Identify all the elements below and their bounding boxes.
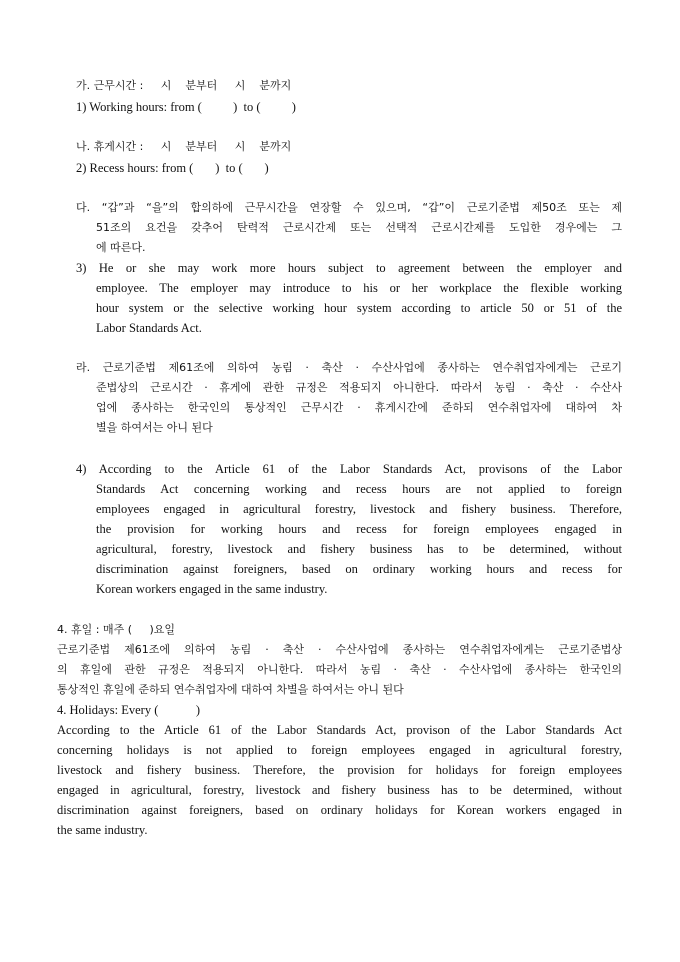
overtime-ko-line: 다. “갑”과 “을”의 합의하에 근무시간을 연장할 수 있으며, “갑”이 … bbox=[76, 198, 622, 218]
working-hours-en: 1) Working hours: from ( ) to ( ) bbox=[76, 97, 296, 117]
overtime-ko-line: 51조의 요건을 갖추어 탄력적 근로시간제 또는 선택적 근로시간제를 도입한… bbox=[96, 218, 622, 238]
article61-en-line: 4) According to the Article 61 of the La… bbox=[76, 459, 622, 479]
overtime-en-line: 3) He or she may work more hours subject… bbox=[76, 258, 622, 278]
holidays-ko-line: 통상적인 휴일에 준하되 연수취업자에 대하여 차별을 하여서는 아니 된다 bbox=[57, 680, 404, 700]
article61-en-line: agricultural, forestry, livestock and fi… bbox=[96, 539, 622, 559]
article61-en-line: the provision for working hours and rece… bbox=[96, 519, 622, 539]
article61-en-line: employees engaged in agricultural forest… bbox=[96, 499, 622, 519]
holidays-en-line: engaged in agricultural, forestry, lives… bbox=[57, 780, 622, 800]
overtime-en-line: Labor Standards Act. bbox=[96, 318, 202, 338]
holidays-en-heading: 4. Holidays: Every ( ) bbox=[57, 700, 200, 720]
working-hours-ko: 가. 근무시간 : 시 분부터 시 분까지 bbox=[76, 76, 291, 96]
recess-hours-en: 2) Recess hours: from ( ) to ( ) bbox=[76, 158, 269, 178]
overtime-en-line: hour system or the selective working hou… bbox=[96, 298, 622, 318]
holidays-ko-heading: 4. 휴일 : 매주 ( )요일 bbox=[57, 620, 175, 640]
overtime-en-line: employee. The employer may introduce to … bbox=[96, 278, 622, 298]
recess-hours-ko: 나. 휴게시간 : 시 분부터 시 분까지 bbox=[76, 137, 291, 157]
overtime-ko-line: 에 따른다. bbox=[96, 238, 146, 258]
holidays-en-line: discrimination against foreigners, based… bbox=[57, 800, 622, 820]
holidays-en-line: the same industry. bbox=[57, 820, 148, 840]
holidays-en-line: According to the Article 61 of the Labor… bbox=[57, 720, 622, 740]
article61-en-line: discrimination against foreigners, based… bbox=[96, 559, 622, 579]
article61-ko-line: 라. 근로기준법 제61조에 의하여 농림 · 축산 · 수산사업에 종사하는 … bbox=[76, 358, 622, 378]
article61-ko-line: 준법상의 근로시간 · 휴게에 관한 규정은 적용되지 아니한다. 따라서 농림… bbox=[96, 378, 622, 398]
article61-en-line: Standards Act concerning working and rec… bbox=[96, 479, 622, 499]
holidays-en-line: livestock and fishery business. Therefor… bbox=[57, 760, 622, 780]
article61-ko-line: 업에 종사하는 한국인의 통상적인 근무시간 · 휴게시간에 준하되 연수취업자… bbox=[96, 398, 622, 418]
article61-en-line: Korean workers engaged in the same indus… bbox=[96, 579, 327, 599]
document-page: 가. 근무시간 : 시 분부터 시 분까지 1) Working hours: … bbox=[0, 0, 680, 962]
holidays-en-line: concerning holidays is not applied to fo… bbox=[57, 740, 622, 760]
article61-ko-line: 별을 하여서는 아니 된다 bbox=[96, 418, 213, 438]
holidays-ko-line: 의 휴일에 관한 규정은 적용되지 아니한다. 따라서 농림 · 축산 · 수산… bbox=[57, 660, 622, 680]
holidays-ko-line: 근로기준법 제61조에 의하여 농림 · 축산 · 수산사업에 종사하는 연수취… bbox=[57, 640, 622, 660]
